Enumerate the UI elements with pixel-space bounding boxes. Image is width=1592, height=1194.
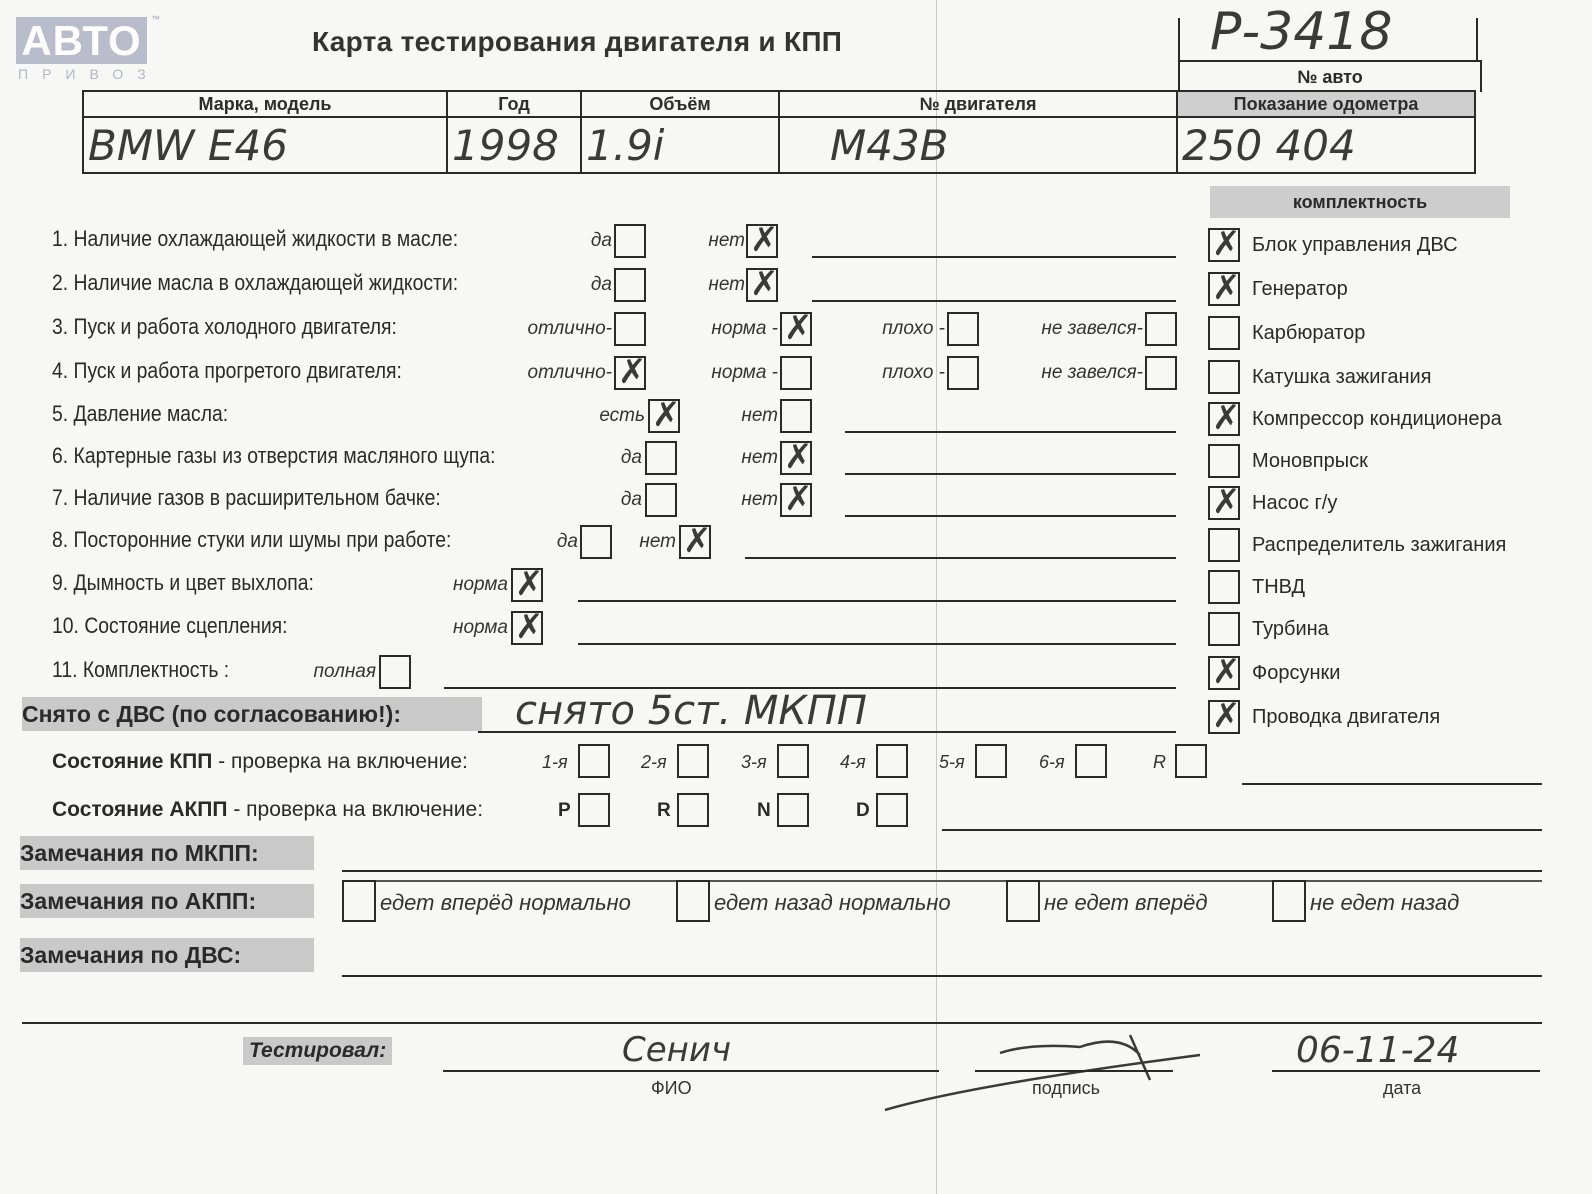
- remarks-dvs-line-2[interactable]: [22, 1022, 1542, 1024]
- option-checkbox[interactable]: [947, 356, 979, 390]
- option-checkbox[interactable]: [379, 655, 411, 689]
- question-label: 1. Наличие охлаждающей жидкости в масле:: [52, 226, 458, 252]
- option-label: да: [621, 489, 642, 511]
- option-checkbox[interactable]: [614, 268, 646, 302]
- akpp-remark-checkbox[interactable]: [676, 880, 710, 922]
- akpp-remark-checkbox[interactable]: [1272, 880, 1306, 922]
- gear-label: R: [1153, 752, 1166, 773]
- question-text: Пуск и работа холодного двигателя:: [74, 314, 397, 339]
- question-number: 5.: [52, 401, 68, 426]
- akpp-remark-checkbox[interactable]: [1006, 880, 1040, 922]
- kpp-label: Состояние КПП - проверка на включение:: [52, 750, 468, 774]
- question-text: Состояние сцепления:: [84, 613, 287, 638]
- komplektnost-checkbox[interactable]: [1208, 486, 1240, 520]
- divider: [342, 880, 1542, 882]
- name-line: [443, 1070, 939, 1072]
- akpp-remark-label: едет назад нормально: [714, 890, 951, 916]
- signature[interactable]: [880, 1025, 1210, 1120]
- question-number: 4.: [52, 358, 68, 383]
- option-checkbox[interactable]: [645, 441, 677, 475]
- akpp-notes-line: [942, 829, 1542, 831]
- col-make-model-label: Марка, модель: [83, 91, 447, 117]
- col-odometer-label: Показание одометра: [1177, 91, 1475, 117]
- option-label: нет: [708, 230, 745, 252]
- komplektnost-label: Компрессор кондиционера: [1252, 408, 1502, 431]
- engine-number-value[interactable]: M43B: [779, 117, 1177, 173]
- komplektnost-checkbox[interactable]: [1208, 316, 1240, 350]
- komplektnost-checkbox[interactable]: [1208, 570, 1240, 604]
- question-number: 8.: [52, 527, 68, 552]
- option-checkbox[interactable]: [511, 611, 543, 645]
- page-title: Карта тестирования двигателя и КПП: [312, 26, 842, 58]
- komplektnost-checkbox[interactable]: [1208, 528, 1240, 562]
- col-year-label: Год: [447, 91, 581, 117]
- option-checkbox[interactable]: [780, 399, 812, 433]
- komplektnost-label: Катушка зажигания: [1252, 366, 1432, 389]
- option-label: отлично-: [528, 318, 612, 340]
- option-checkbox[interactable]: [645, 483, 677, 517]
- gear-checkbox[interactable]: [677, 793, 709, 827]
- question-text: Давление масла:: [74, 401, 229, 426]
- option-label: нет: [639, 531, 676, 553]
- question-label: 11. Комплектность :: [52, 657, 229, 683]
- option-label: норма: [453, 617, 508, 639]
- question-text: Пуск и работа прогретого двигателя:: [74, 358, 402, 383]
- gear-label: 1-я: [542, 752, 568, 773]
- year-value[interactable]: 1998: [447, 117, 581, 173]
- notes-line[interactable]: [578, 643, 1176, 645]
- gear-label: P: [558, 800, 571, 822]
- komplektnost-checkbox[interactable]: [1208, 228, 1240, 262]
- notes-line[interactable]: [845, 431, 1176, 433]
- komplektnost-label: Форсунки: [1252, 662, 1340, 685]
- question-number: 2.: [52, 270, 68, 295]
- option-label: не завелся-: [1041, 362, 1143, 384]
- option-checkbox[interactable]: [780, 312, 812, 346]
- volume-value[interactable]: 1.9i: [581, 117, 779, 173]
- divider: [1178, 18, 1180, 62]
- question-text: Наличие масла в охлаждающей жидкости:: [74, 270, 459, 295]
- komplektnost-label: Карбюратор: [1252, 322, 1365, 345]
- question-label: 7. Наличие газов в расширительном бачке:: [52, 485, 441, 511]
- remarks-mkpp-line[interactable]: [342, 870, 1542, 872]
- komplektnost-heading: комплектность: [1210, 186, 1510, 218]
- option-checkbox[interactable]: [580, 525, 612, 559]
- remarks-mkpp-label: Замечания по МКПП:: [20, 836, 314, 870]
- option-label: нет: [741, 489, 778, 511]
- removed-underline: [478, 731, 1176, 733]
- kpp-notes-line: [1242, 783, 1542, 785]
- komplektnost-checkbox[interactable]: [1208, 402, 1240, 436]
- tested-by-label: Тестировал:: [243, 1037, 392, 1065]
- akpp-remark-label: не едет назад: [1310, 890, 1459, 916]
- gear-checkbox[interactable]: [578, 793, 610, 827]
- question-number: 9.: [52, 570, 68, 595]
- option-checkbox[interactable]: [614, 356, 646, 390]
- question-number: 7.: [52, 485, 68, 510]
- option-label: полная: [314, 661, 377, 683]
- gear-checkbox[interactable]: [876, 744, 908, 778]
- avto-number-value[interactable]: Р-3418: [1210, 2, 1392, 62]
- paper-fold-line: [936, 0, 937, 1194]
- question-text: Картерные газы из отверстия масляного щу…: [74, 443, 496, 468]
- gear-label: 2-я: [641, 752, 667, 773]
- question-label: 10. Состояние сцепления:: [52, 613, 288, 639]
- komplektnost-checkbox[interactable]: [1208, 612, 1240, 646]
- komplektnost-label: Блок управления ДВС: [1252, 234, 1458, 257]
- option-label: да: [621, 447, 642, 469]
- akpp-label: Состояние АКПП - проверка на включение:: [52, 798, 483, 822]
- notes-line[interactable]: [845, 473, 1176, 475]
- option-checkbox[interactable]: [746, 224, 778, 258]
- komplektnost-label: Генератор: [1252, 278, 1348, 301]
- signature-line: [975, 1070, 1173, 1072]
- option-checkbox[interactable]: [780, 356, 812, 390]
- komplektnost-label: Турбина: [1252, 618, 1329, 641]
- logo: АВТО: [16, 17, 147, 64]
- option-checkbox[interactable]: [1145, 312, 1177, 346]
- question-number: 6.: [52, 443, 68, 468]
- komplektnost-label: Насос г/у: [1252, 492, 1337, 515]
- question-number: 1.: [52, 226, 68, 251]
- date-caption: дата: [1383, 1078, 1421, 1099]
- remarks-dvs-line[interactable]: [342, 975, 1542, 977]
- option-label: норма -: [711, 362, 778, 384]
- date-value[interactable]: 06-11-24: [1296, 1030, 1459, 1071]
- gear-label: N: [757, 800, 771, 822]
- option-label: да: [591, 274, 612, 296]
- logo-trademark: ™: [151, 14, 160, 24]
- akpp-remark-checkbox[interactable]: [342, 880, 376, 922]
- gear-label: 6-я: [1039, 752, 1065, 773]
- question-label: 2. Наличие масла в охлаждающей жидкости:: [52, 270, 458, 296]
- gear-checkbox[interactable]: [677, 744, 709, 778]
- odometer-value[interactable]: 250 404: [1177, 117, 1475, 173]
- remarks-dvs-label: Замечания по ДВС:: [20, 938, 314, 972]
- option-checkbox[interactable]: [614, 312, 646, 346]
- option-label: нет: [741, 405, 778, 427]
- gear-checkbox[interactable]: [578, 744, 610, 778]
- removed-value[interactable]: снято 5ст. МКПП: [515, 688, 867, 734]
- gear-label: D: [856, 800, 870, 822]
- name-caption: ФИО: [651, 1078, 692, 1099]
- notes-line[interactable]: [845, 515, 1176, 517]
- option-label: норма -: [711, 318, 778, 340]
- option-label: да: [591, 230, 612, 252]
- question-text: Наличие газов в расширительном бачке:: [74, 485, 441, 510]
- date-line: [1272, 1070, 1540, 1072]
- question-text: Комплектность :: [83, 657, 229, 682]
- option-label: да: [557, 531, 578, 553]
- notes-line[interactable]: [745, 557, 1176, 559]
- gear-checkbox[interactable]: [1175, 744, 1207, 778]
- tester-name-value[interactable]: Сенич: [622, 1030, 731, 1070]
- option-checkbox[interactable]: [746, 268, 778, 302]
- gear-label: 5-я: [939, 752, 965, 773]
- option-label: нет: [741, 447, 778, 469]
- komplektnost-label: Распределитель зажигания: [1252, 534, 1506, 557]
- komplektnost-label: ТНВД: [1252, 576, 1305, 599]
- question-label: 3. Пуск и работа холодного двигателя:: [52, 314, 397, 340]
- komplektnost-checkbox[interactable]: [1208, 272, 1240, 306]
- gear-checkbox[interactable]: [1075, 744, 1107, 778]
- komplektnost-checkbox[interactable]: [1208, 656, 1240, 690]
- komplektnost-checkbox[interactable]: [1208, 360, 1240, 394]
- divider: [1476, 18, 1478, 62]
- gear-checkbox[interactable]: [975, 744, 1007, 778]
- notes-line[interactable]: [578, 600, 1176, 602]
- option-label: плохо -: [882, 362, 945, 384]
- question-text: Посторонние стуки или шумы при работе:: [74, 527, 452, 552]
- komplektnost-label: Проводка двигателя: [1252, 706, 1440, 729]
- option-label: есть: [599, 405, 645, 427]
- option-label: плохо -: [882, 318, 945, 340]
- komplektnost-label: Моновпрыск: [1252, 450, 1368, 473]
- gear-checkbox[interactable]: [876, 793, 908, 827]
- question-label: 5. Давление масла:: [52, 401, 228, 427]
- option-label: нет: [708, 274, 745, 296]
- option-checkbox[interactable]: [780, 483, 812, 517]
- question-number: 3.: [52, 314, 68, 339]
- akpp-remark-label: едет вперёд нормально: [380, 890, 631, 916]
- question-number: 10.: [52, 613, 79, 638]
- gear-checkbox[interactable]: [777, 793, 809, 827]
- option-checkbox[interactable]: [679, 525, 711, 559]
- col-engine-number-label: № двигателя: [779, 91, 1177, 117]
- akpp-remark-label: не едет вперёд: [1044, 890, 1208, 916]
- avto-number-label: № авто: [1178, 60, 1482, 92]
- option-checkbox[interactable]: [511, 568, 543, 602]
- gear-label: 4-я: [840, 752, 866, 773]
- notes-line[interactable]: [812, 256, 1176, 258]
- col-volume-label: Объём: [581, 91, 779, 117]
- question-number: 11.: [52, 657, 77, 682]
- question-label: 8. Посторонние стуки или шумы при работе…: [52, 527, 451, 553]
- removed-label: Снято с ДВС (по согласованию!):: [22, 697, 482, 731]
- option-checkbox[interactable]: [1145, 356, 1177, 390]
- option-label: отлично-: [528, 362, 612, 384]
- make-model-value[interactable]: BMW E46: [83, 117, 447, 173]
- remarks-akpp-label: Замечания по АКПП:: [20, 884, 314, 918]
- komplektnost-checkbox[interactable]: [1208, 700, 1240, 734]
- option-label: норма: [453, 574, 508, 596]
- vehicle-info-table: Марка, модель Год Объём № двигателя Пока…: [82, 90, 1476, 174]
- question-label: 4. Пуск и работа прогретого двигателя:: [52, 358, 402, 384]
- notes-line[interactable]: [812, 300, 1176, 302]
- question-label: 6. Картерные газы из отверстия масляного…: [52, 443, 496, 469]
- option-checkbox[interactable]: [947, 312, 979, 346]
- komplektnost-checkbox[interactable]: [1208, 444, 1240, 478]
- signature-caption: подпись: [1032, 1078, 1100, 1099]
- option-checkbox[interactable]: [648, 399, 680, 433]
- option-label: не завелся-: [1041, 318, 1143, 340]
- option-checkbox[interactable]: [780, 441, 812, 475]
- gear-label: 3-я: [741, 752, 767, 773]
- question-text: Дымность и цвет выхлопа:: [74, 570, 314, 595]
- question-text: Наличие охлаждающей жидкости в масле:: [74, 226, 459, 251]
- logo-subtitle: ПРИВОЗ: [18, 66, 160, 82]
- question-label: 9. Дымность и цвет выхлопа:: [52, 570, 314, 596]
- gear-label: R: [657, 800, 671, 822]
- gear-checkbox[interactable]: [777, 744, 809, 778]
- option-checkbox[interactable]: [614, 224, 646, 258]
